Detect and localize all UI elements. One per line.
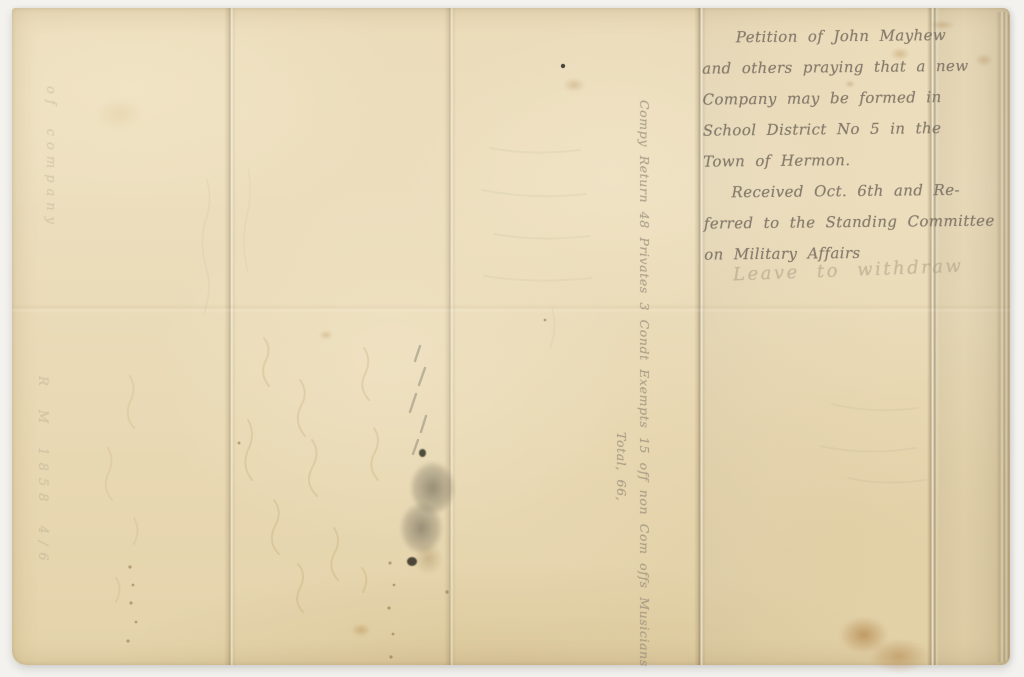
brown-stain <box>315 328 337 342</box>
inscription-line: Received Oct. 6th and Re- <box>731 174 1005 208</box>
inscription-line: Petition of John Mayhew <box>736 19 1004 53</box>
faint-stain <box>84 92 154 136</box>
horizontal-crease <box>12 304 1010 313</box>
fold-crease-2 <box>444 8 456 665</box>
inscription-line: and others praying that a new <box>702 50 1004 84</box>
brown-stain <box>557 74 591 96</box>
inscription-line: ferred to the Standing Committee <box>704 205 1006 239</box>
inscription-line: Town of Hermon. <box>703 143 1005 177</box>
docket-inscription: Petition of John Mayhew and others prayi… <box>702 19 1007 270</box>
inscription-line: Company may be formed in <box>702 81 1004 115</box>
company-return-total: Total, 66, <box>614 432 629 501</box>
edge-note-top-left: of company <box>43 86 58 230</box>
ink-speck <box>419 449 426 457</box>
company-return-note: Compy Return 48 Privates 3 Condt Exempts… <box>637 100 652 667</box>
document-sheet: Petition of John Mayhew and others prayi… <box>12 8 1010 665</box>
brown-stain <box>346 620 376 640</box>
inscription-line: School District No 5 in the <box>703 112 1005 146</box>
edge-note-bottom-left: R M 1858 4/6 <box>35 376 50 568</box>
ink-speck <box>407 557 417 566</box>
fold-crease-1 <box>224 8 236 665</box>
